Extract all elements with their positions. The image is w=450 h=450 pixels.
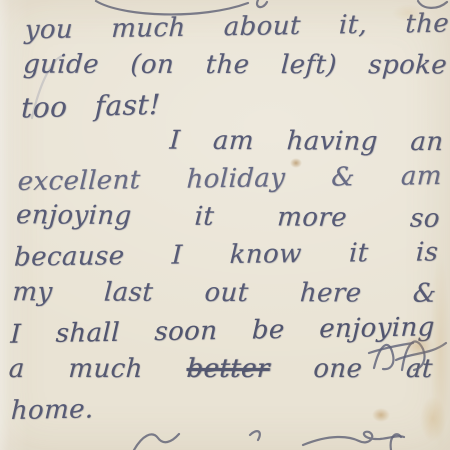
next-line-cutoff-strokes (0, 428, 450, 450)
corrected-word: better (186, 354, 271, 384)
letter-page: you much about it, theguide (on the left… (0, 0, 450, 450)
handwritten-line-1: you much about it, the (24, 5, 450, 50)
word: a (8, 354, 25, 384)
handwritten-line-6: enjoying it more so (15, 196, 441, 238)
handwritten-line-2: guide (on the left) spoke (22, 46, 448, 85)
handwritten-line-10: a much better one at (8, 350, 434, 388)
word: at (405, 354, 433, 384)
handwritten-line-8: my last out here & (11, 273, 437, 312)
handwritten-line-7: because I know it is (13, 233, 439, 276)
handwritten-line-11: home. (10, 384, 432, 430)
letter-body: you much about it, theguide (on the left… (6, 7, 450, 427)
handwritten-line-4: I am having an (19, 121, 445, 161)
word: much (68, 354, 144, 384)
handwritten-line-3: too fast! (21, 78, 446, 127)
handwritten-line-5: excellent holiday & am (17, 157, 443, 201)
handwritten-line-9: I shall soon be enjoying (10, 308, 436, 353)
word: one (313, 354, 364, 384)
